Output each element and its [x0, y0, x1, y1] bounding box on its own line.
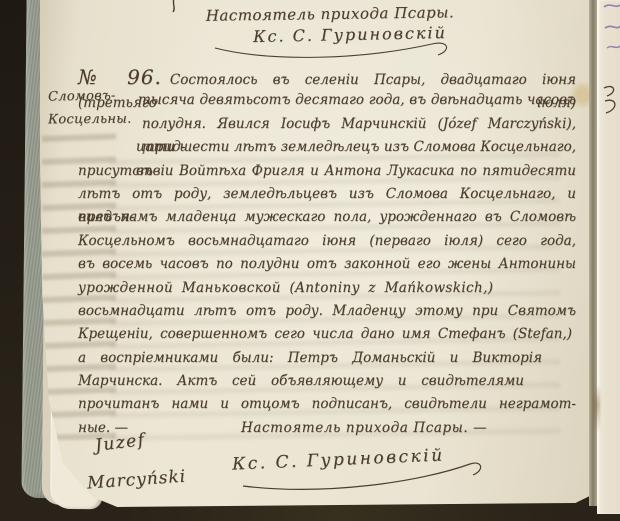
record-line: прочитанъ нами и отцомъ подписанъ, свидѣ… — [78, 393, 576, 416]
record-line: Крещеніи, совершенномъ сего числа дано и… — [78, 323, 576, 346]
record-line: въ восемь часовъ по полудни отъ законной… — [78, 253, 576, 276]
record-line: восьмнадцати лѣтъ отъ роду. Младенцу это… — [78, 300, 576, 323]
record-body: № 96.Состоялось въ селеніи Псары, двадца… — [78, 66, 576, 440]
next-page-sliver — [597, 0, 620, 514]
priest-signature: Кс. С. Гуриновскій — [232, 445, 445, 474]
record-line: тысяча девятьсотъ десятаго года, въ двѣн… — [78, 89, 576, 112]
previous-entry-priest-signature: Кс. С. Гуриновскій — [200, 22, 500, 47]
closing-priest-title: Настоятель прихода Псары. — — [241, 417, 487, 440]
record-line: полудня. Явился Іосифъ Марчинскій (Józef… — [78, 113, 576, 136]
record-line: Марчинска. Актъ сей объявляющему и свидѣ… — [78, 370, 576, 393]
record-line: лѣтъ отъ роду, земледѣльцевъ изъ Сломова… — [78, 183, 576, 206]
record-line: присутствіи Войтѣха Фригля и Антона Лука… — [78, 160, 576, 183]
record-closing-line: ные. — Настоятель прихода Псары. — — [78, 417, 576, 440]
edge-stain — [593, 385, 600, 433]
previous-entry-closing-line: Настоятель прихода Псары. — [180, 3, 480, 25]
record-line: вилъ намъ младенца мужескаго пола, урожд… — [78, 206, 576, 229]
father-signature-line2: Marcyński — [86, 467, 186, 494]
record-line: а воспріемниками были: Петръ Доманьскій … — [78, 347, 576, 370]
record-number: № 96. — [78, 65, 170, 89]
record-line: урожденной Маньковской (Antoniny z Mańko… — [78, 277, 576, 300]
photo-of-register-book: Настоятель прихода Псары. Кс. С. Гуринов… — [0, 0, 620, 521]
record-line: № 96.Состоялось въ селеніи Псары, двадца… — [78, 66, 576, 89]
register-page: Настоятель прихода Псары. Кс. С. Гуринов… — [40, 0, 592, 507]
record-line: цати шести лѣтъ земледѣлецъ изъ Сломова … — [78, 136, 576, 159]
record-line: Косцельномъ восьмнадцатаго іюня (перваго… — [78, 230, 576, 253]
